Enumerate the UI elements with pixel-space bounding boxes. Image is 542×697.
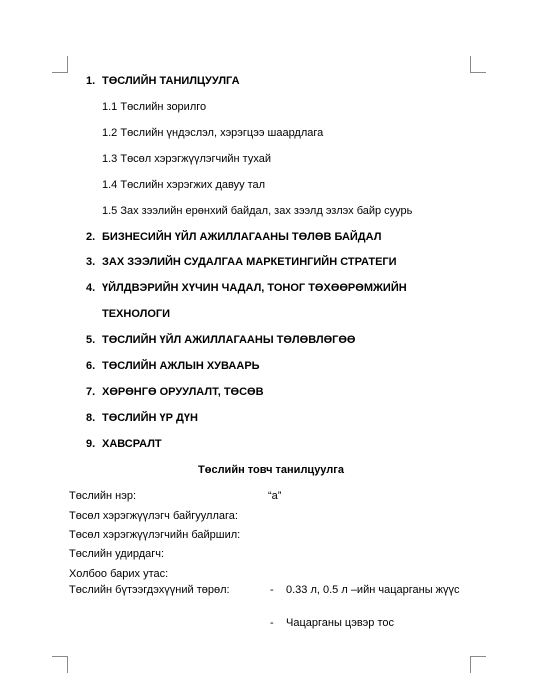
toc-heading-number: 1. (86, 74, 102, 88)
crop-mark-top-left (52, 56, 68, 73)
bullet-dash: - (270, 616, 274, 630)
toc-heading-1: 1.ТӨСЛИЙН ТАНИЛЦУУЛГА (86, 74, 240, 88)
summary-title: Төслийн товч танилцуулга (0, 463, 542, 477)
toc-heading-number: 2. (86, 230, 102, 244)
field-label-organization: Төсөл хэрэгжүүлэгч байгууллага: (69, 509, 238, 523)
toc-heading-text: БИЗНЕСИЙН ҮЙЛ АЖИЛЛАГААНЫ ТӨЛӨВ БАЙДАЛ (102, 231, 381, 243)
toc-heading-number: 6. (86, 359, 102, 373)
toc-heading-4: 4.ҮЙЛДВЭРИЙН ХҮЧИН ЧАДАЛ, ТОНОГ ТӨХӨӨРӨМ… (86, 281, 407, 295)
field-label-project-name: Төслийн нэр: (69, 489, 136, 503)
toc-heading-2: 2.БИЗНЕСИЙН ҮЙЛ АЖИЛЛАГААНЫ ТӨЛӨВ БАЙДАЛ (86, 230, 381, 244)
field-label-manager: Төслийн удирдагч: (69, 547, 164, 561)
toc-heading-number: 3. (86, 255, 102, 269)
toc-subsection-1-2: 1.2 Төслийн үндэслэл, хэрэгцээ шаардлага (102, 126, 323, 140)
crop-mark-top-right (470, 56, 486, 73)
field-label-phone: Холбоо барих утас: (69, 567, 168, 581)
document-page: 1.ТӨСЛИЙН ТАНИЛЦУУЛГА 1.1 Төслийн зорилг… (0, 0, 542, 697)
bullet-dash: - (270, 583, 274, 597)
product-type-item-1: 0.33 л, 0.5 л –ийн чацарганы жүүс (286, 583, 466, 597)
toc-heading-number: 8. (86, 411, 102, 425)
toc-heading-text: ТӨСЛИЙН ҮЙЛ АЖИЛЛАГААНЫ ТӨЛӨВЛӨГӨӨ (102, 334, 356, 346)
field-value-project-name: “а” (268, 489, 281, 503)
toc-subsection-1-1: 1.1 Төслийн зорилго (102, 100, 206, 114)
toc-heading-continuation: ТЕХНОЛОГИ (102, 307, 170, 321)
toc-heading-6: 6.ТӨСЛИЙН АЖЛЫН ХУВААРЬ (86, 359, 260, 373)
toc-heading-9: 9.ХАВСРАЛТ (86, 437, 162, 451)
toc-subsection-1-5: 1.5 Зах зээлийн ерөнхий байдал, зах зээл… (102, 204, 412, 218)
toc-heading-text: ТӨСЛИЙН АЖЛЫН ХУВААРЬ (102, 360, 260, 372)
toc-subsection-1-3: 1.3 Төсөл хэрэгжүүлэгчийн тухай (102, 152, 271, 166)
crop-mark-bottom-left (52, 656, 68, 673)
toc-heading-text: ЗАХ ЗЭЭЛИЙН СУДАЛГАА МАРКЕТИНГИЙН СТРАТЕ… (102, 256, 397, 268)
toc-heading-number: 9. (86, 437, 102, 451)
toc-heading-text: ТӨСЛИЙН ҮР ДҮН (102, 412, 198, 424)
toc-heading-text: ҮЙЛДВЭРИЙН ХҮЧИН ЧАДАЛ, ТОНОГ ТӨХӨӨРӨМЖИ… (102, 282, 407, 294)
toc-heading-text: ХАВСРАЛТ (102, 438, 162, 450)
product-type-item-2: Чацарганы цэвэр тос (286, 616, 466, 630)
toc-heading-number: 7. (86, 385, 102, 399)
toc-heading-text: ХӨРӨНГӨ ОРУУЛАЛТ, ТӨСӨВ (102, 386, 264, 398)
crop-mark-bottom-right (470, 656, 486, 673)
toc-heading-8: 8.ТӨСЛИЙН ҮР ДҮН (86, 411, 198, 425)
toc-heading-7: 7.ХӨРӨНГӨ ОРУУЛАЛТ, ТӨСӨВ (86, 385, 264, 399)
toc-heading-number: 5. (86, 333, 102, 347)
field-label-location: Төсөл хэрэгжүүлэгчийн байршил: (69, 528, 240, 542)
field-label-product-type: Төслийн бүтээгдэхүүний төрөл: (69, 583, 230, 597)
toc-heading-number: 4. (86, 281, 102, 295)
toc-heading-3: 3.ЗАХ ЗЭЭЛИЙН СУДАЛГАА МАРКЕТИНГИЙН СТРА… (86, 255, 397, 269)
toc-heading-5: 5.ТӨСЛИЙН ҮЙЛ АЖИЛЛАГААНЫ ТӨЛӨВЛӨГӨӨ (86, 333, 356, 347)
toc-subsection-1-4: 1.4 Төслийн хэрэгжих давуу тал (102, 178, 265, 192)
toc-heading-text: ТӨСЛИЙН ТАНИЛЦУУЛГА (102, 75, 240, 87)
